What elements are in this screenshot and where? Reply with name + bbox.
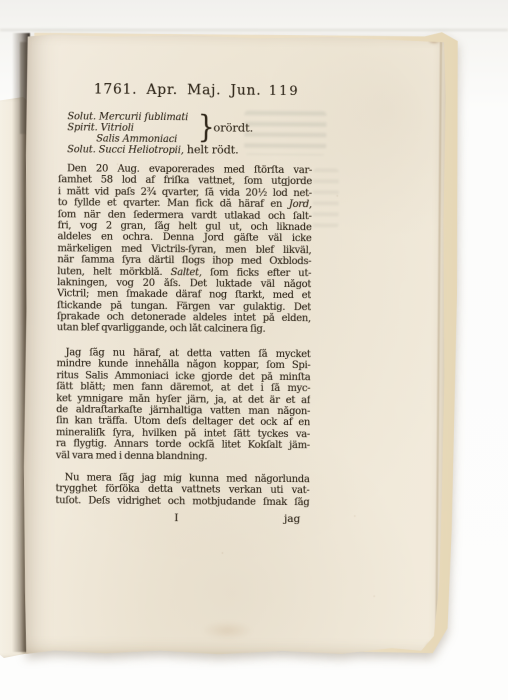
page-header: 1761. Apr. Maj. Jun. 119 [59,81,313,103]
text-line: tuſot. Deſs vidrighet och motbjudande ſm… [55,495,309,508]
show-through-text [313,168,339,228]
list-item-text: Spirit. Vitrioli [67,122,134,134]
page-number: 119 [269,84,300,99]
paragraph: Jag ſåg nu häraf, at detta vatten ſå myc… [56,347,311,463]
paragraph: Nu mera ſåg jag mig kunna med någorlunda… [55,472,309,508]
brace-label: orördt. [213,122,253,133]
paragraph: Den 20 Aug. evaporerades med ſtörſta var… [57,163,312,336]
list-item-text: Solut. Succi Heliotropii, [67,145,184,157]
list-item-result: helt rödt. [187,144,239,157]
signature-line: I jag [55,511,309,527]
page-wrap: 1761. Apr. Maj. Jun. 119 Solut. Mercurii… [16,29,465,662]
foxing-stain [193,618,261,643]
signature-mark: I [174,512,178,524]
list-item: Solut. Succi Heliotropii, helt rödt. [58,145,312,158]
brace: } [198,109,215,145]
catchword: jag [284,513,300,525]
text-line: väl vara med i denna blandning. [56,450,310,463]
book-page: 1761. Apr. Maj. Jun. 119 Solut. Mercurii… [21,31,447,657]
list-item-text: Salis Ammoniaci [96,133,177,145]
foxing-specks [26,31,27,32]
running-title: 1761. Apr. Maj. Jun. [94,81,262,98]
book-photo: 1761. Apr. Maj. Jun. 119 Solut. Mercurii… [0,0,508,700]
solution-list: Solut. Mercurii ſublimati Spirit. Vitrio… [58,112,312,157]
text-line: utan blef qvarliggande, och låt calciner… [57,323,311,336]
